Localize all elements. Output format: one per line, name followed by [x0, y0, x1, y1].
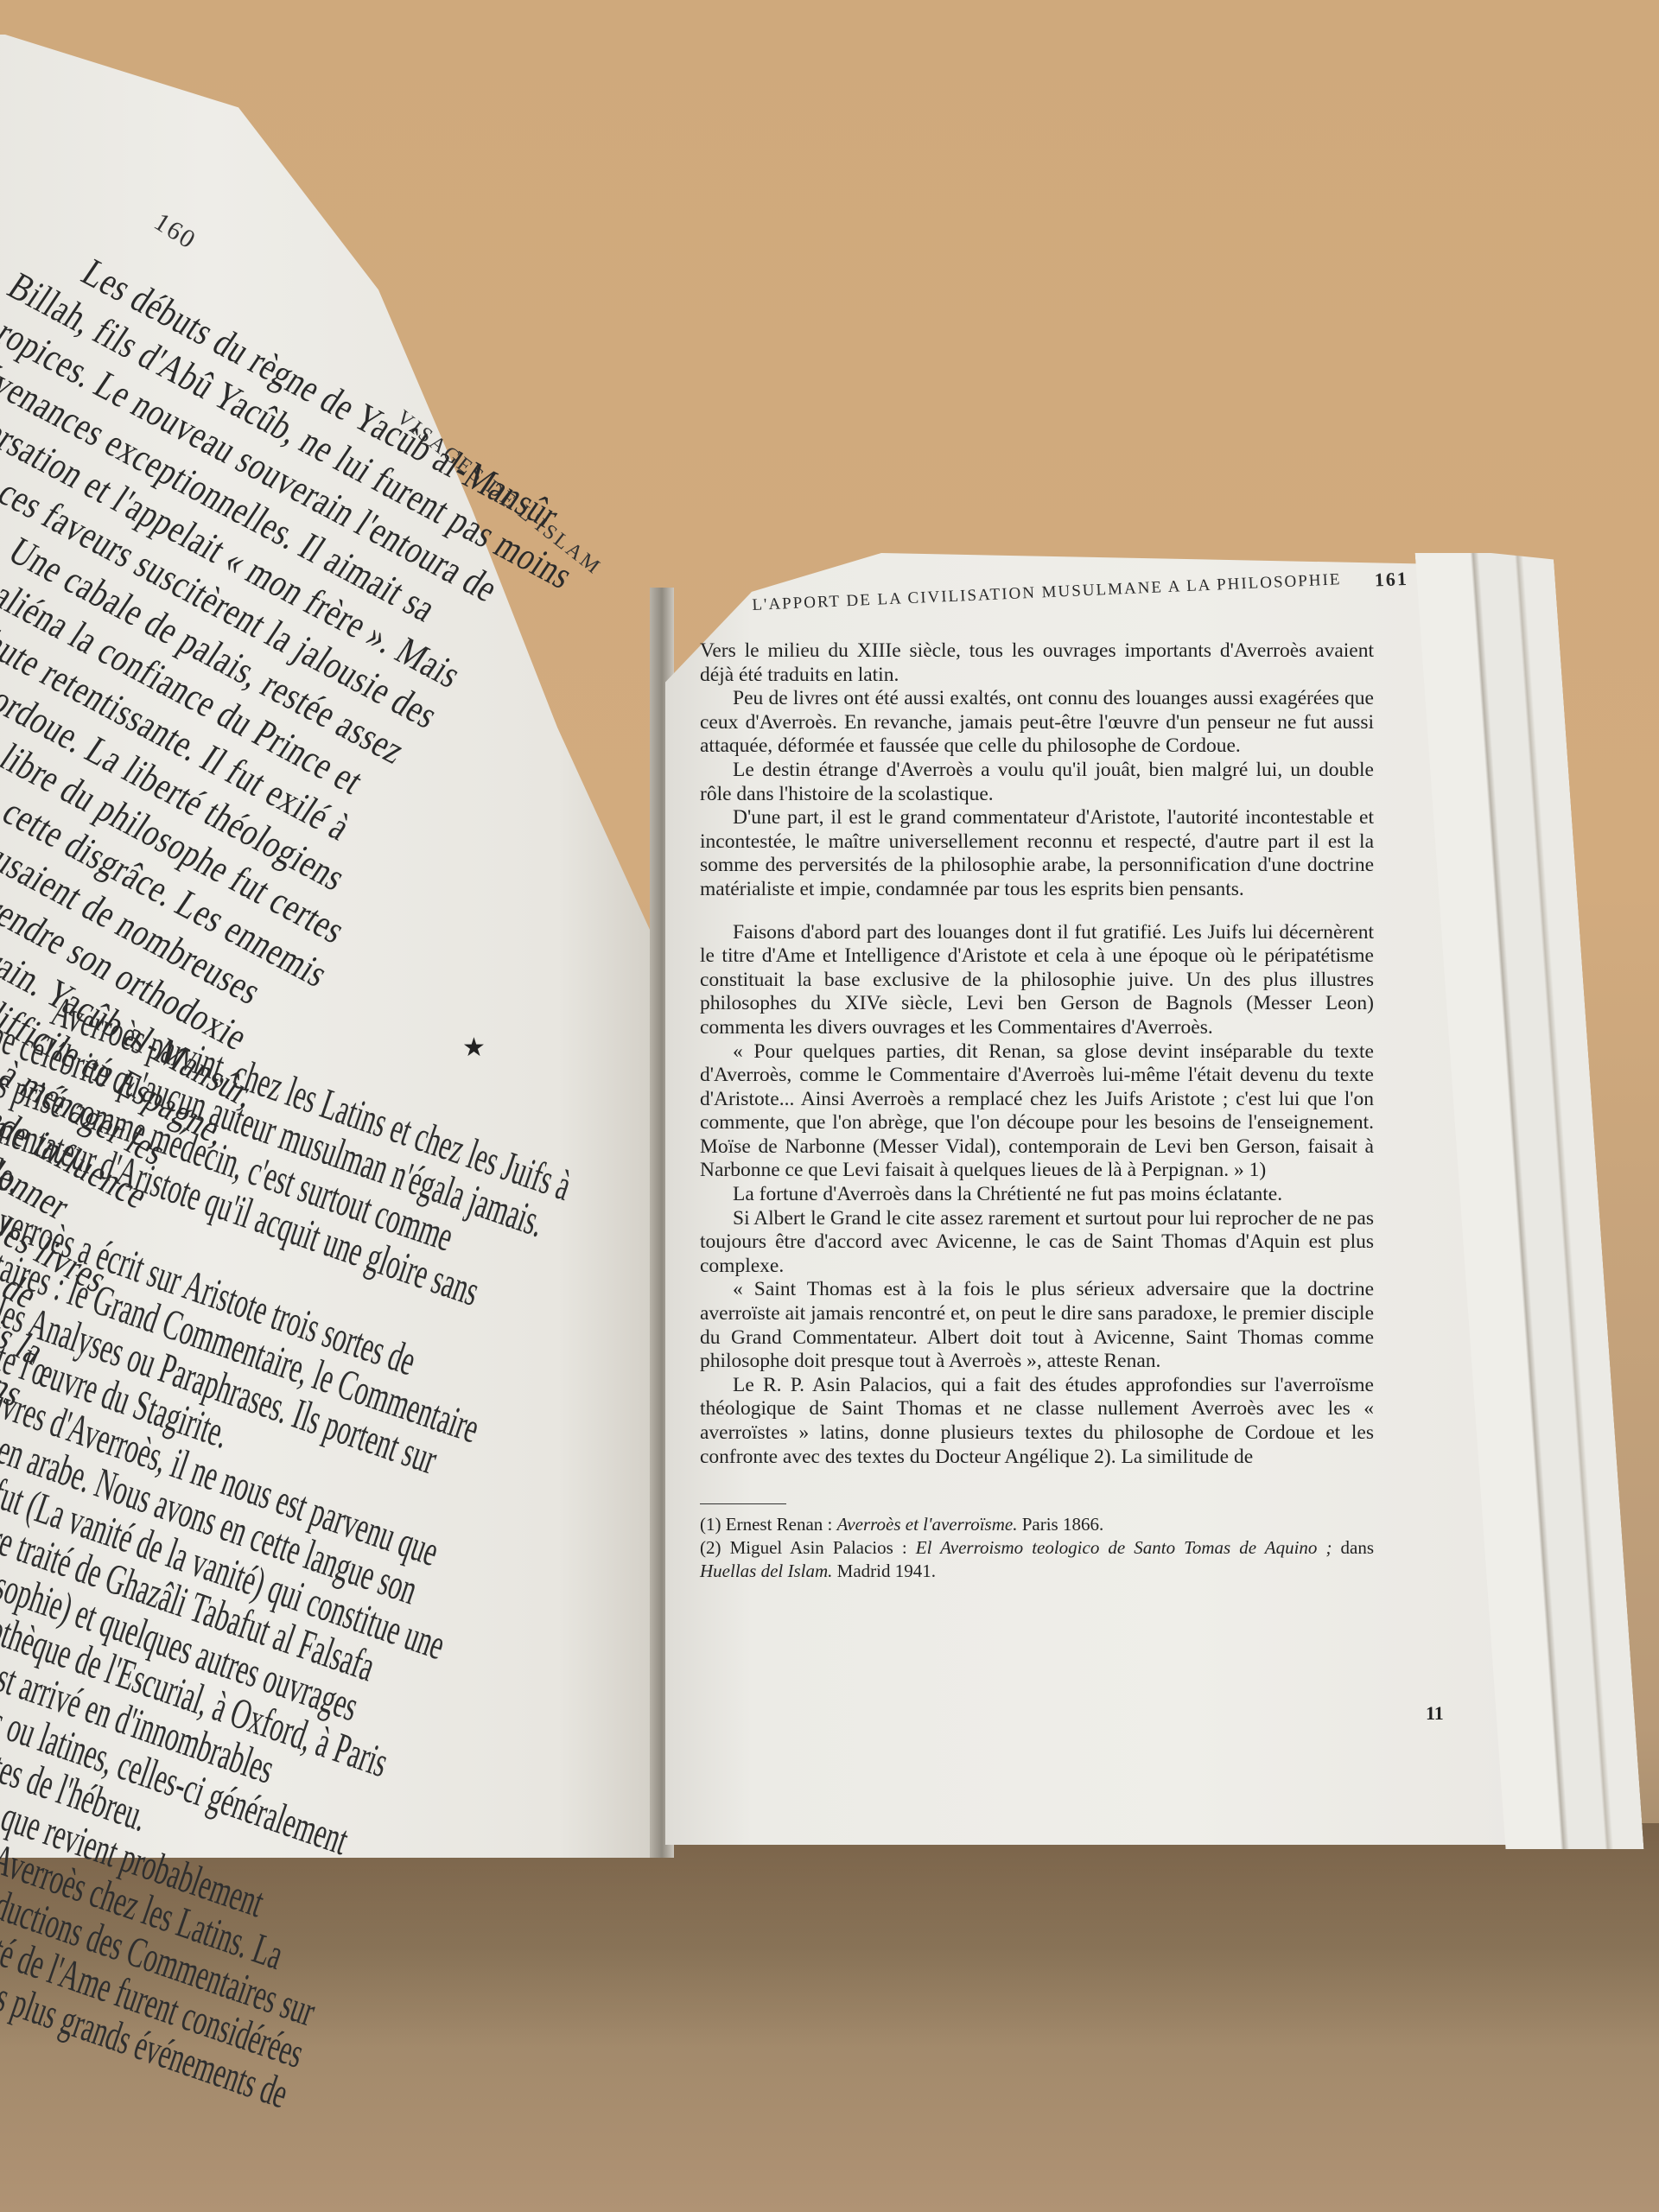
paragraph: « Pour quelques parties, dit Renan, sa g…: [700, 1040, 1374, 1184]
footnote-2: (2) Miguel Asin Palacios : El Averroismo…: [700, 1536, 1374, 1583]
right-page-number: 161: [1374, 568, 1408, 592]
footnote-rest: Paris 1866.: [1022, 1514, 1104, 1535]
footnote-author: Ernest Renan :: [726, 1514, 833, 1535]
section-separator-star: ★: [462, 1033, 486, 1063]
footnote-rest: Madrid 1941.: [837, 1560, 936, 1581]
paragraph-gap: [700, 902, 1374, 921]
footnote-marker: (2): [700, 1537, 721, 1558]
paragraph: Le destin étrange d'Averroès a voulu qu'…: [700, 759, 1374, 806]
footnotes: (1) Ernest Renan : Averroès et l'averroï…: [700, 1513, 1374, 1583]
footnote-title: Averroès et l'averroïsme.: [837, 1514, 1018, 1535]
footnote-marker: (1): [700, 1514, 721, 1535]
paragraph: Vers le milieu du XIIIe siècle, tous les…: [700, 639, 1374, 687]
paragraph: « Saint Thomas est à la fois le plus sér…: [700, 1278, 1374, 1373]
paragraph: D'une part, il est le grand commentateur…: [700, 806, 1374, 901]
paragraph: Faisons d'abord part des louanges dont i…: [700, 921, 1374, 1040]
footnote-title: El Averroismo teologico de Santo Tomas d…: [916, 1537, 1332, 1558]
paragraph: Peu de livres ont été aussi exaltés, ont…: [700, 687, 1374, 759]
paragraph: Si Albert le Grand le cite assez raremen…: [700, 1207, 1374, 1279]
footnote-rest-prefix: dans: [1341, 1537, 1375, 1558]
paragraph: La fortune d'Averroès dans la Chrétienté…: [700, 1183, 1374, 1207]
footnote-rule: [700, 1503, 786, 1504]
footnote-rest-title: Huellas del Islam.: [700, 1560, 832, 1581]
footnote-author: Miguel Asin Palacios :: [730, 1537, 907, 1558]
footnote-1: (1) Ernest Renan : Averroès et l'averroï…: [700, 1513, 1374, 1536]
signature-mark: 11: [1426, 1702, 1444, 1725]
paragraph: Le R. P. Asin Palacios, qui a fait des é…: [700, 1374, 1374, 1469]
right-page-body: Vers le milieu du XIIIe siècle, tous les…: [700, 639, 1374, 1583]
